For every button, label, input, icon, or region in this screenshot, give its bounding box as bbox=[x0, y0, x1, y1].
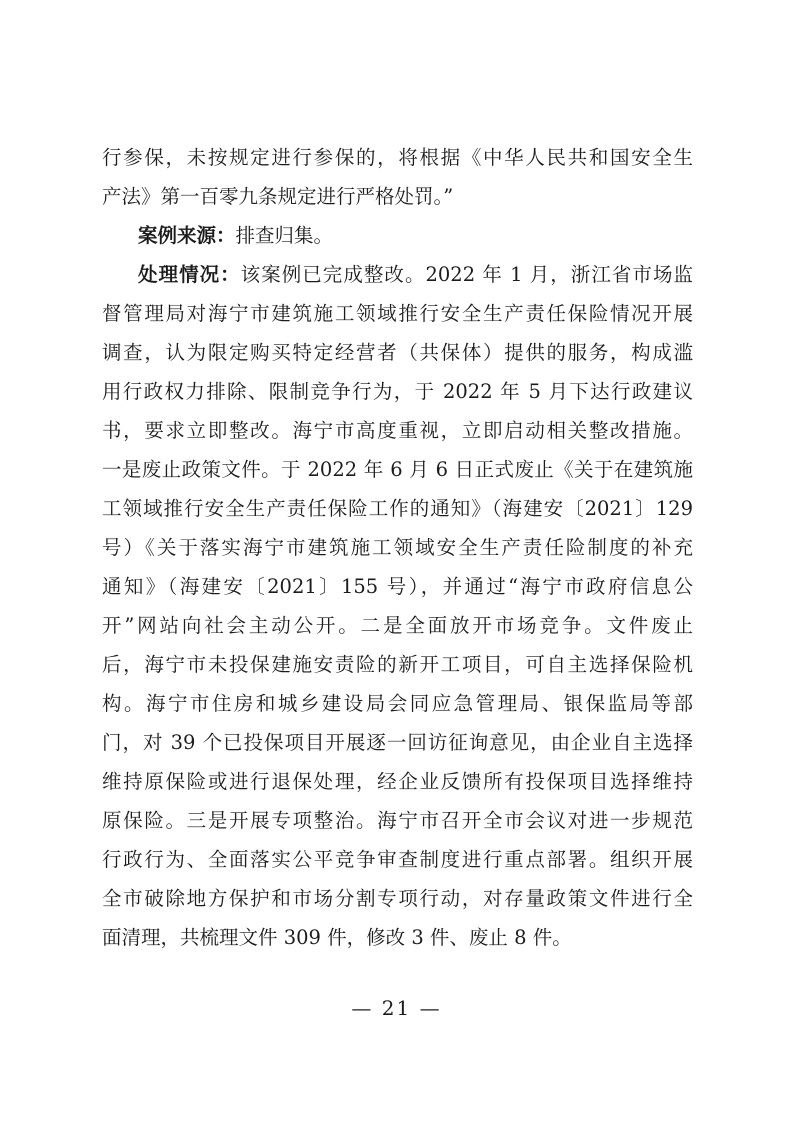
line-text: 全市破除地方保护和市场分割专项行动，对存量政策文件进行全 bbox=[102, 887, 693, 910]
line-text: 行政行为、全面落实公平竞争审查制度进行重点部署。组织开展 bbox=[102, 848, 693, 871]
line-text: 行参保，未按规定进行参保的，将根据《中华人民共和国安全生 bbox=[102, 146, 693, 169]
text-line: 全市破除地方保护和市场分割专项行动，对存量政策文件进行全 bbox=[102, 879, 693, 918]
line-text: 该案例已完成整改。2022 年 1 月，浙江省市场监 bbox=[241, 263, 693, 286]
text-line: 产法》第一百零九条规定进行严格处罚。” bbox=[102, 177, 693, 216]
text-line: 维持原保险或进行退保处理，经企业反馈所有投保项目选择维持 bbox=[102, 762, 693, 801]
line-text: 开”网站向社会主动公开。二是全面放开市场竞争。文件废止 bbox=[102, 614, 693, 637]
text-line: 开”网站向社会主动公开。二是全面放开市场竞争。文件废止 bbox=[102, 606, 693, 645]
line-text: 书，要求立即整改。海宁市高度重视，立即启动相关整改措施。 bbox=[102, 419, 693, 442]
bold-label: 处理情况： bbox=[138, 263, 241, 286]
text-line: 调查，认为限定购买特定经营者（共保体）提供的服务，构成滥 bbox=[102, 333, 693, 372]
bold-label: 案例来源： bbox=[138, 224, 236, 247]
line-text: 一是废止政策文件。于 2022 年 6 月 6 日正式废止《关于在建筑施 bbox=[102, 458, 693, 481]
page-number: — 21 — bbox=[0, 992, 793, 1024]
text-line: 一是废止政策文件。于 2022 年 6 月 6 日正式废止《关于在建筑施 bbox=[102, 450, 693, 489]
document-body: 行参保，未按规定进行参保的，将根据《中华人民共和国安全生 产法》第一百零九条规定… bbox=[102, 138, 693, 957]
text-line: 面清理，共梳理文件 309 件，修改 3 件、废止 8 件。 bbox=[102, 918, 693, 957]
line-text: 面清理，共梳理文件 309 件，修改 3 件、废止 8 件。 bbox=[102, 926, 572, 949]
line-text: 产法》第一百零九条规定进行严格处罚。” bbox=[102, 185, 453, 208]
line-text: 排查归集。 bbox=[236, 224, 334, 247]
text-line: 行参保，未按规定进行参保的，将根据《中华人民共和国安全生 bbox=[102, 138, 693, 177]
document-page: 行参保，未按规定进行参保的，将根据《中华人民共和国安全生 产法》第一百零九条规定… bbox=[0, 0, 793, 1122]
line-text: 构。海宁市住房和城乡建设局会同应急管理局、银保监局等部 bbox=[102, 692, 693, 715]
line-text: 后，海宁市未投保建施安责险的新开工项目，可自主选择保险机 bbox=[102, 653, 693, 676]
line-text: 原保险。三是开展专项整治。海宁市召开全市会议对进一步规范 bbox=[102, 809, 693, 832]
text-line: 门，对 39 个已投保项目开展逐一回访征询意见，由企业自主选择 bbox=[102, 723, 693, 762]
line-text: 通知》（海建安〔2021〕155 号），并通过“海宁市政府信息公 bbox=[102, 575, 693, 598]
line-text: 号）《关于落实海宁市建筑施工领域安全生产责任险制度的补充 bbox=[102, 536, 693, 559]
text-line: 书，要求立即整改。海宁市高度重视，立即启动相关整改措施。 bbox=[102, 411, 693, 450]
line-text: 维持原保险或进行退保处理，经企业反馈所有投保项目选择维持 bbox=[102, 770, 693, 793]
text-line: 原保险。三是开展专项整治。海宁市召开全市会议对进一步规范 bbox=[102, 801, 693, 840]
text-line-handling-status: 处理情况：该案例已完成整改。2022 年 1 月，浙江省市场监 bbox=[102, 255, 693, 294]
text-line: 用行政权力排除、限制竞争行为，于 2022 年 5 月下达行政建议 bbox=[102, 372, 693, 411]
line-text: 用行政权力排除、限制竞争行为，于 2022 年 5 月下达行政建议 bbox=[102, 380, 693, 403]
text-line: 构。海宁市住房和城乡建设局会同应急管理局、银保监局等部 bbox=[102, 684, 693, 723]
text-line: 行政行为、全面落实公平竞争审查制度进行重点部署。组织开展 bbox=[102, 840, 693, 879]
text-line-case-source: 案例来源：排查归集。 bbox=[102, 216, 693, 255]
text-line: 督管理局对海宁市建筑施工领域推行安全生产责任保险情况开展 bbox=[102, 294, 693, 333]
text-line: 后，海宁市未投保建施安责险的新开工项目，可自主选择保险机 bbox=[102, 645, 693, 684]
line-text: 门，对 39 个已投保项目开展逐一回访征询意见，由企业自主选择 bbox=[102, 731, 693, 754]
line-text: 工领域推行安全生产责任保险工作的通知》（海建安〔2021〕129 bbox=[102, 497, 693, 520]
text-line: 通知》（海建安〔2021〕155 号），并通过“海宁市政府信息公 bbox=[102, 567, 693, 606]
text-line: 号）《关于落实海宁市建筑施工领域安全生产责任险制度的补充 bbox=[102, 528, 693, 567]
line-text: 督管理局对海宁市建筑施工领域推行安全生产责任保险情况开展 bbox=[102, 302, 693, 325]
text-line: 工领域推行安全生产责任保险工作的通知》（海建安〔2021〕129 bbox=[102, 489, 693, 528]
line-text: 调查，认为限定购买特定经营者（共保体）提供的服务，构成滥 bbox=[102, 341, 693, 364]
